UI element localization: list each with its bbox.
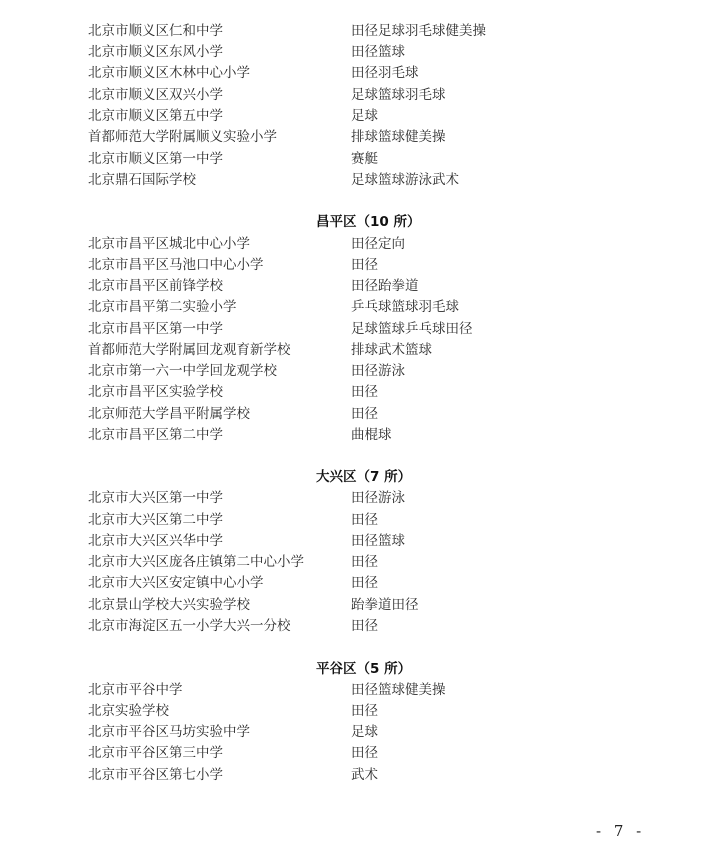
list-item: 北京市大兴区第二中学田径 xyxy=(88,510,648,531)
sport-items: 排球篮球健美操 xyxy=(351,127,446,148)
school-name: 北京市大兴区第一中学 xyxy=(88,488,223,509)
sport-items: 田径足球羽毛球健美操 xyxy=(351,21,486,42)
sport-items: 田径篮球 xyxy=(351,531,405,552)
school-name: 北京市平谷区第七小学 xyxy=(88,765,223,786)
list-item: 北京景山学校大兴实验学校跆拳道田径 xyxy=(88,595,648,616)
section-heading: 平谷区（5 所） xyxy=(0,659,720,680)
sport-items: 跆拳道田径 xyxy=(351,595,419,616)
sport-items: 赛艇 xyxy=(351,149,378,170)
school-name: 北京市昌平区第一中学 xyxy=(88,319,223,340)
list-item: 北京师范大学昌平附属学校田径 xyxy=(88,404,648,425)
school-name: 首都师范大学附属回龙观育新学校 xyxy=(88,340,291,361)
list-item: 北京市顺义区仁和中学田径足球羽毛球健美操 xyxy=(88,21,648,42)
sport-items: 足球 xyxy=(351,106,378,127)
school-name: 北京市平谷区马坊实验中学 xyxy=(88,722,250,743)
school-name: 北京市顺义区木林中心小学 xyxy=(88,63,250,84)
list-item: 北京市顺义区木林中心小学田径羽毛球 xyxy=(88,63,648,84)
sport-items: 田径 xyxy=(351,743,378,764)
school-name: 北京市大兴区庞各庄镇第二中心小学 xyxy=(88,552,304,573)
school-name: 北京市海淀区五一小学大兴一分校 xyxy=(88,616,291,637)
sport-items: 排球武术篮球 xyxy=(351,340,432,361)
list-item: 北京市昌平区城北中心小学田径定向 xyxy=(88,234,648,255)
list-item: 北京市昌平区第二中学曲棍球 xyxy=(88,425,648,446)
list-item: 北京市大兴区庞各庄镇第二中心小学田径 xyxy=(88,552,648,573)
school-name: 北京市昌平区马池口中心小学 xyxy=(88,255,264,276)
school-name: 北京市昌平区城北中心小学 xyxy=(88,234,250,255)
list-item: 北京实验学校田径 xyxy=(88,701,648,722)
sport-items: 曲棍球 xyxy=(351,425,392,446)
list-item: 北京市第一六一中学回龙观学校田径游泳 xyxy=(88,361,648,382)
section-heading: 大兴区（7 所） xyxy=(0,467,720,488)
sport-items: 田径跆拳道 xyxy=(351,276,419,297)
list-item: 北京市平谷中学田径篮球健美操 xyxy=(88,680,648,701)
school-name: 北京市昌平区前锋学校 xyxy=(88,276,223,297)
list-item: 首都师范大学附属回龙观育新学校排球武术篮球 xyxy=(88,340,648,361)
school-name: 北京市大兴区安定镇中心小学 xyxy=(88,573,264,594)
list-item: 首都师范大学附属顺义实验小学排球篮球健美操 xyxy=(88,127,648,148)
school-name: 北京市大兴区兴华中学 xyxy=(88,531,223,552)
school-name: 北京鼎石国际学校 xyxy=(88,170,196,191)
school-name: 北京市平谷中学 xyxy=(88,680,183,701)
sport-items: 田径 xyxy=(351,255,378,276)
list-item: 北京市昌平区第一中学足球篮球乒乓球田径 xyxy=(88,319,648,340)
list-item: 北京市昌平区马池口中心小学田径 xyxy=(88,255,648,276)
sport-items: 田径篮球 xyxy=(351,42,405,63)
school-name: 北京市顺义区仁和中学 xyxy=(88,21,223,42)
school-name: 北京市大兴区第二中学 xyxy=(88,510,223,531)
list-item: 北京市平谷区马坊实验中学足球 xyxy=(88,722,648,743)
school-name: 北京师范大学昌平附属学校 xyxy=(88,404,250,425)
list-item: 北京市大兴区第一中学田径游泳 xyxy=(88,488,648,509)
list-item: 北京市顺义区双兴小学足球篮球羽毛球 xyxy=(88,85,648,106)
list-item: 北京市昌平区实验学校田径 xyxy=(88,382,648,403)
document-page: 北京市顺义区仁和中学田径足球羽毛球健美操 北京市顺义区东风小学田径篮球 北京市顺… xyxy=(0,0,720,851)
school-name: 北京市平谷区第三中学 xyxy=(88,743,223,764)
sport-items: 田径 xyxy=(351,701,378,722)
list-item: 北京市昌平区前锋学校田径跆拳道 xyxy=(88,276,648,297)
list-item: 北京市顺义区第五中学足球 xyxy=(88,106,648,127)
sport-items: 足球篮球乒乓球田径 xyxy=(351,319,473,340)
sport-items: 田径羽毛球 xyxy=(351,63,419,84)
school-name: 北京实验学校 xyxy=(88,701,169,722)
school-name: 北京景山学校大兴实验学校 xyxy=(88,595,250,616)
sport-items: 武术 xyxy=(351,765,378,786)
sport-items: 乒乓球篮球羽毛球 xyxy=(351,297,459,318)
school-name: 北京市顺义区东风小学 xyxy=(88,42,223,63)
list-item: 北京市平谷区第三中学田径 xyxy=(88,743,648,764)
list-item: 北京鼎石国际学校足球篮球游泳武术 xyxy=(88,170,648,191)
sport-items: 田径定向 xyxy=(351,234,405,255)
sport-items: 足球篮球游泳武术 xyxy=(351,170,459,191)
school-name: 北京市昌平第二实验小学 xyxy=(88,297,237,318)
list-item: 北京市大兴区兴华中学田径篮球 xyxy=(88,531,648,552)
sport-items: 田径 xyxy=(351,382,378,403)
list-item: 北京市海淀区五一小学大兴一分校田径 xyxy=(88,616,648,637)
list-item: 北京市平谷区第七小学武术 xyxy=(88,765,648,786)
sport-items: 田径篮球健美操 xyxy=(351,680,446,701)
sport-items: 田径游泳 xyxy=(351,361,405,382)
list-item: 北京市大兴区安定镇中心小学田径 xyxy=(88,573,648,594)
list-item: 北京市顺义区东风小学田径篮球 xyxy=(88,42,648,63)
sport-items: 田径 xyxy=(351,552,378,573)
sport-items: 田径 xyxy=(351,510,378,531)
school-name: 北京市顺义区双兴小学 xyxy=(88,85,223,106)
section-heading: 昌平区（10 所） xyxy=(0,212,720,233)
sport-items: 足球 xyxy=(351,722,378,743)
sport-items: 田径 xyxy=(351,573,378,594)
school-name: 北京市顺义区第一中学 xyxy=(88,149,223,170)
school-name: 北京市第一六一中学回龙观学校 xyxy=(88,361,277,382)
sport-items: 足球篮球羽毛球 xyxy=(351,85,446,106)
school-name: 北京市昌平区实验学校 xyxy=(88,382,223,403)
sport-items: 田径 xyxy=(351,616,378,637)
school-name: 首都师范大学附属顺义实验小学 xyxy=(88,127,277,148)
sport-items: 田径游泳 xyxy=(351,488,405,509)
list-item: 北京市昌平第二实验小学乒乓球篮球羽毛球 xyxy=(88,297,648,318)
school-name: 北京市顺义区第五中学 xyxy=(88,106,223,127)
page-number: - 7 - xyxy=(596,822,645,840)
school-name: 北京市昌平区第二中学 xyxy=(88,425,223,446)
list-item: 北京市顺义区第一中学赛艇 xyxy=(88,149,648,170)
sport-items: 田径 xyxy=(351,404,378,425)
